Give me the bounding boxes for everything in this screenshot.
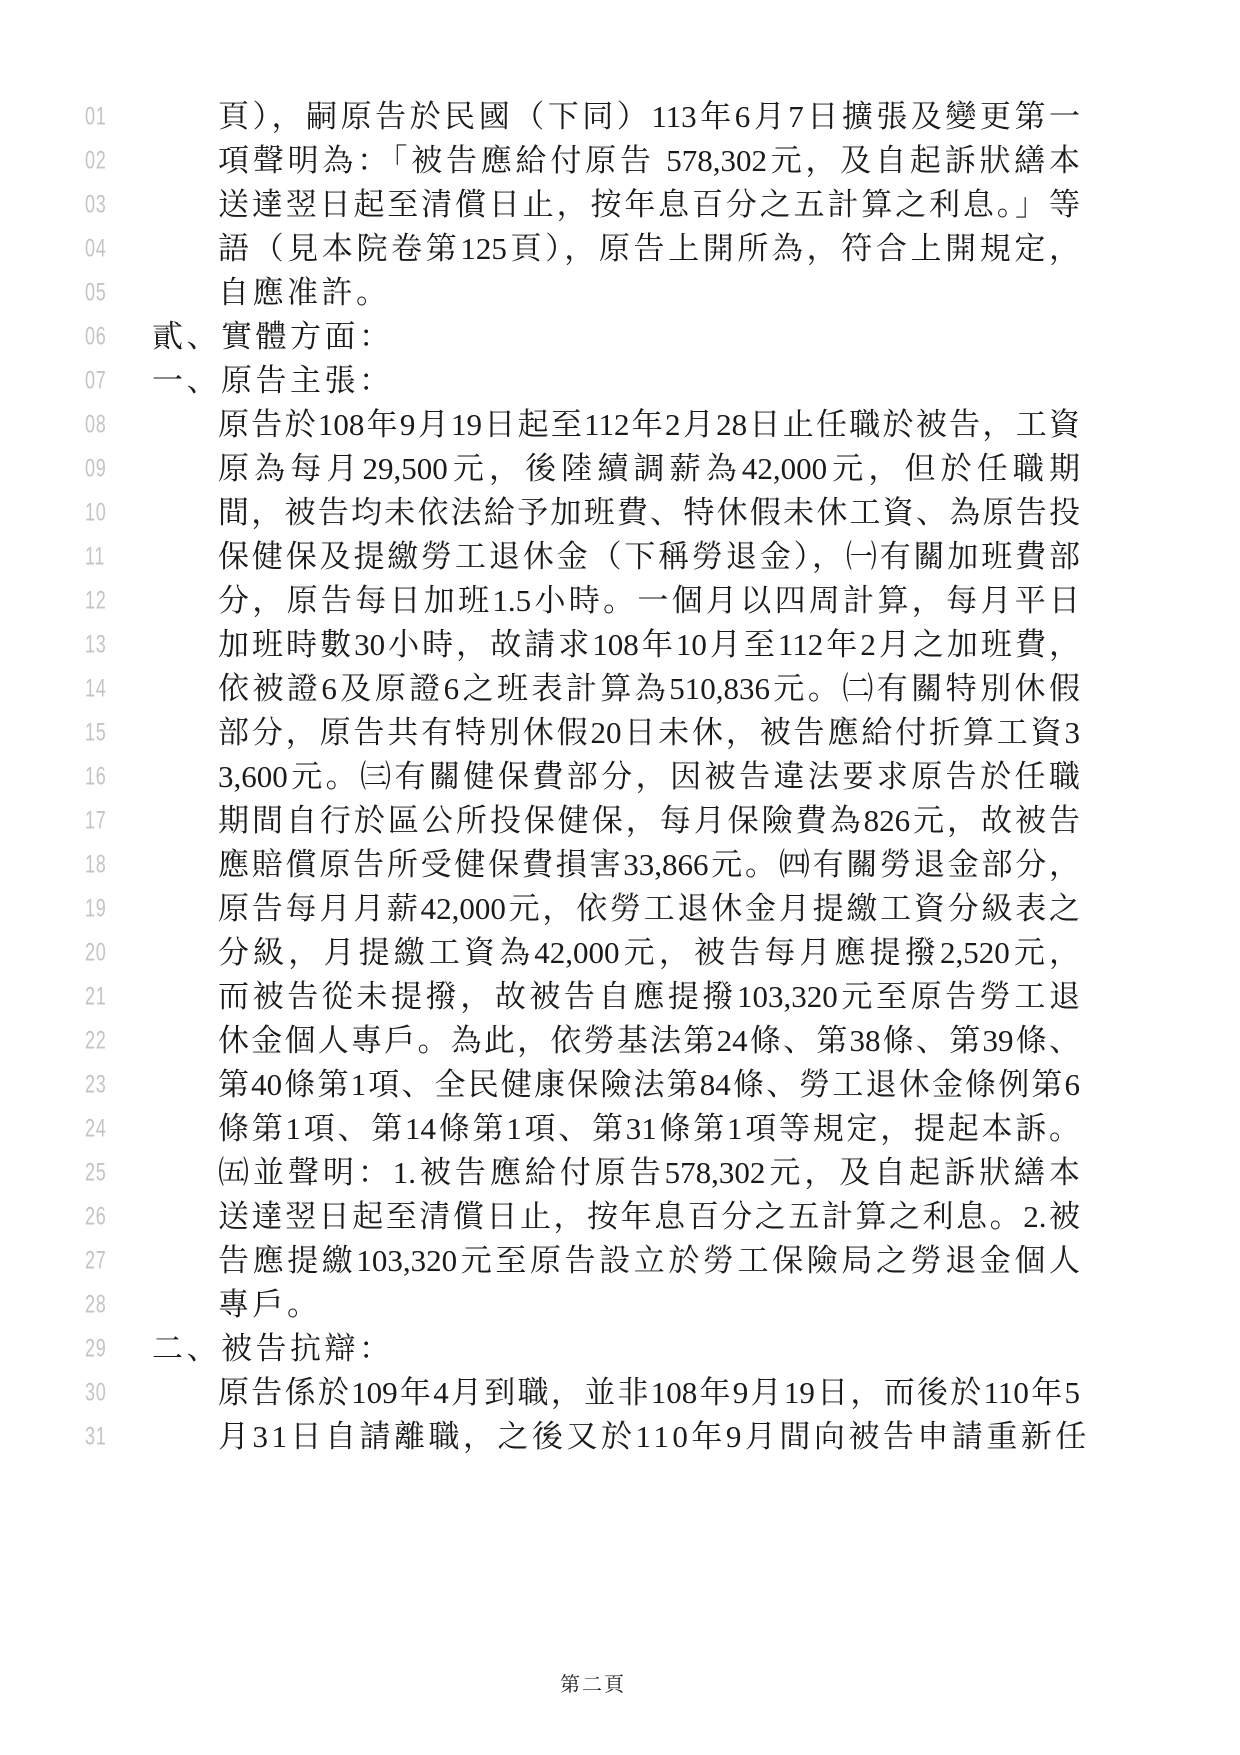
document-line: 31 月31日自請離職，之後又於110年9月間向被告申請重新任	[0, 1415, 1240, 1459]
document-line: 13 加班時數30小時，故請求108年10月至112年2月之加班費，	[0, 623, 1240, 667]
page-footer: 第二頁	[560, 1668, 626, 1697]
line-number: 07	[85, 369, 106, 394]
line-number: 24	[85, 1117, 106, 1142]
line-text: 應賠償原告所受健保費損害33,866元。㈣有關勞退金部分，	[218, 843, 1080, 887]
line-number: 11	[85, 545, 105, 570]
document-line: 12 分，原告每日加班1.5小時。一個月以四周計算，每月平日	[0, 579, 1240, 623]
line-text: 休金個人專戶。為此，依勞基法第24條、第38條、第39條、	[218, 1019, 1080, 1063]
line-number: 16	[85, 765, 106, 790]
document-line: 03 送達翌日起至清償日止，按年息百分之五計算之利息。」等	[0, 183, 1240, 227]
line-number: 04	[85, 237, 106, 262]
document-line: 07 一、原告主張：	[0, 359, 1240, 403]
document-line: 09 原為每月29,500元，後陸續調薪為42,000元，但於任職期	[0, 447, 1240, 491]
document-line: 19 原告每月月薪42,000元，依勞工退休金月提繳工資分級表之	[0, 887, 1240, 931]
document-line: 24 條第1項、第14條第1項、第31條第1項等規定，提起本訴。	[0, 1107, 1240, 1151]
document-line: 22 休金個人專戶。為此，依勞基法第24條、第38條、第39條、	[0, 1019, 1240, 1063]
line-text: 期間自行於區公所投保健保，每月保險費為826元，故被告	[218, 799, 1080, 843]
line-text: 間，被告均未依法給予加班費、特休假未休工資、為原告投	[218, 491, 1080, 535]
line-text: 原告每月月薪42,000元，依勞工退休金月提繳工資分級表之	[218, 887, 1080, 931]
line-text: 月31日自請離職，之後又於110年9月間向被告申請重新任	[218, 1415, 1080, 1459]
line-number: 21	[85, 985, 106, 1010]
line-text: 項聲明為：「被告應給付原告 578,302元，及自起訴狀繕本	[218, 139, 1080, 183]
document-line: 26 送達翌日起至清償日止，按年息百分之五計算之利息。2.被	[0, 1195, 1240, 1239]
line-text: 保健保及提繳勞工退休金（下稱勞退金），㈠有關加班費部	[218, 535, 1080, 579]
line-text: 語（見本院卷第125頁），原告上開所為，符合上開規定，	[218, 227, 1080, 271]
document-line: 20 分級，月提繳工資為42,000元，被告每月應提撥2,520元，	[0, 931, 1240, 975]
line-text: 頁），嗣原告於民國（下同）113年6月7日擴張及變更第一	[218, 95, 1080, 139]
line-number: 08	[85, 413, 106, 438]
line-number: 05	[85, 281, 106, 306]
document-line: 28 專戶。	[0, 1283, 1240, 1327]
line-number: 13	[85, 633, 106, 658]
line-text: 送達翌日起至清償日止，按年息百分之五計算之利息。」等	[218, 183, 1080, 227]
document-line: 02 項聲明為：「被告應給付原告 578,302元，及自起訴狀繕本	[0, 139, 1240, 183]
line-number: 27	[85, 1249, 106, 1274]
line-number: 09	[85, 457, 106, 482]
line-text: 分級，月提繳工資為42,000元，被告每月應提撥2,520元，	[218, 931, 1080, 975]
line-number: 31	[85, 1425, 106, 1450]
document-line: 21 而被告從未提撥，故被告自應提撥103,320元至原告勞工退	[0, 975, 1240, 1019]
document-line: 29 二、被告抗辯：	[0, 1327, 1240, 1371]
line-number: 17	[85, 809, 106, 834]
line-number: 22	[85, 1029, 106, 1054]
document-line: 01 頁），嗣原告於民國（下同）113年6月7日擴張及變更第一	[0, 95, 1240, 139]
line-number: 02	[85, 149, 106, 174]
document-line: 30 原告係於109年4月到職，並非108年9月19日，而後於110年5	[0, 1371, 1240, 1415]
line-number: 19	[85, 897, 106, 922]
line-text: 一、原告主張：	[152, 359, 394, 403]
line-text: 原告係於109年4月到職，並非108年9月19日，而後於110年5	[218, 1371, 1080, 1415]
line-text: 原為每月29,500元，後陸續調薪為42,000元，但於任職期	[218, 447, 1080, 491]
document-line: 15 部分，原告共有特別休假20日未休，被告應給付折算工資3	[0, 711, 1240, 755]
line-text: 分，原告每日加班1.5小時。一個月以四周計算，每月平日	[218, 579, 1080, 623]
court-document-page: 01 頁），嗣原告於民國（下同）113年6月7日擴張及變更第一 02 項聲明為：…	[0, 0, 1240, 1755]
line-number: 29	[85, 1337, 106, 1362]
line-text: 部分，原告共有特別休假20日未休，被告應給付折算工資3	[218, 711, 1080, 755]
document-line: 18 應賠償原告所受健保費損害33,866元。㈣有關勞退金部分，	[0, 843, 1240, 887]
document-line: 17 期間自行於區公所投保健保，每月保險費為826元，故被告	[0, 799, 1240, 843]
line-text: 原告於108年9月19日起至112年2月28日止任職於被告，工資	[218, 403, 1080, 447]
line-text: 加班時數30小時，故請求108年10月至112年2月之加班費，	[218, 623, 1080, 667]
line-number: 12	[85, 589, 106, 614]
line-text: 專戶。	[218, 1283, 1080, 1327]
document-line: 06 貳、實體方面：	[0, 315, 1240, 359]
line-text: 貳、實體方面：	[152, 315, 394, 359]
line-number: 18	[85, 853, 106, 878]
document-line: 23 第40條第1項、全民健康保險法第84條、勞工退休金條例第6	[0, 1063, 1240, 1107]
document-line: 10 間，被告均未依法給予加班費、特休假未休工資、為原告投	[0, 491, 1240, 535]
line-number: 23	[85, 1073, 106, 1098]
line-number: 26	[85, 1205, 106, 1230]
line-number: 28	[85, 1293, 106, 1318]
line-number: 25	[85, 1161, 106, 1186]
line-number: 15	[85, 721, 106, 746]
line-text: 第40條第1項、全民健康保險法第84條、勞工退休金條例第6	[218, 1063, 1080, 1107]
line-number: 14	[85, 677, 106, 702]
line-text: ㈤並聲明：1.被告應給付原告578,302元，及自起訴狀繕本	[218, 1151, 1080, 1195]
line-text: 條第1項、第14條第1項、第31條第1項等規定，提起本訴。	[218, 1107, 1080, 1151]
document-line: 16 3,600元。㈢有關健保費部分，因被告違法要求原告於任職	[0, 755, 1240, 799]
line-text: 送達翌日起至清償日止，按年息百分之五計算之利息。2.被	[218, 1195, 1080, 1239]
document-line: 05 自應准許。	[0, 271, 1240, 315]
line-number: 03	[85, 193, 106, 218]
line-text: 自應准許。	[218, 271, 1080, 315]
line-text: 3,600元。㈢有關健保費部分，因被告違法要求原告於任職	[218, 755, 1080, 799]
line-number: 30	[85, 1381, 106, 1406]
document-line: 14 依被證6及原證6之班表計算為510,836元。㈡有關特別休假	[0, 667, 1240, 711]
document-line: 08 原告於108年9月19日起至112年2月28日止任職於被告，工資	[0, 403, 1240, 447]
line-text: 二、被告抗辯：	[152, 1327, 394, 1371]
document-line: 11 保健保及提繳勞工退休金（下稱勞退金），㈠有關加班費部	[0, 535, 1240, 579]
document-body: 01 頁），嗣原告於民國（下同）113年6月7日擴張及變更第一 02 項聲明為：…	[0, 95, 1240, 1459]
line-text: 依被證6及原證6之班表計算為510,836元。㈡有關特別休假	[218, 667, 1080, 711]
line-number: 10	[85, 501, 106, 526]
line-text: 而被告從未提撥，故被告自應提撥103,320元至原告勞工退	[218, 975, 1080, 1019]
document-line: 25 ㈤並聲明：1.被告應給付原告578,302元，及自起訴狀繕本	[0, 1151, 1240, 1195]
document-line: 04 語（見本院卷第125頁），原告上開所為，符合上開規定，	[0, 227, 1240, 271]
line-number: 06	[85, 325, 106, 350]
document-line: 27 告應提繳103,320元至原告設立於勞工保險局之勞退金個人	[0, 1239, 1240, 1283]
line-number: 01	[85, 105, 106, 130]
line-number: 20	[85, 941, 106, 966]
line-text: 告應提繳103,320元至原告設立於勞工保險局之勞退金個人	[218, 1239, 1080, 1283]
